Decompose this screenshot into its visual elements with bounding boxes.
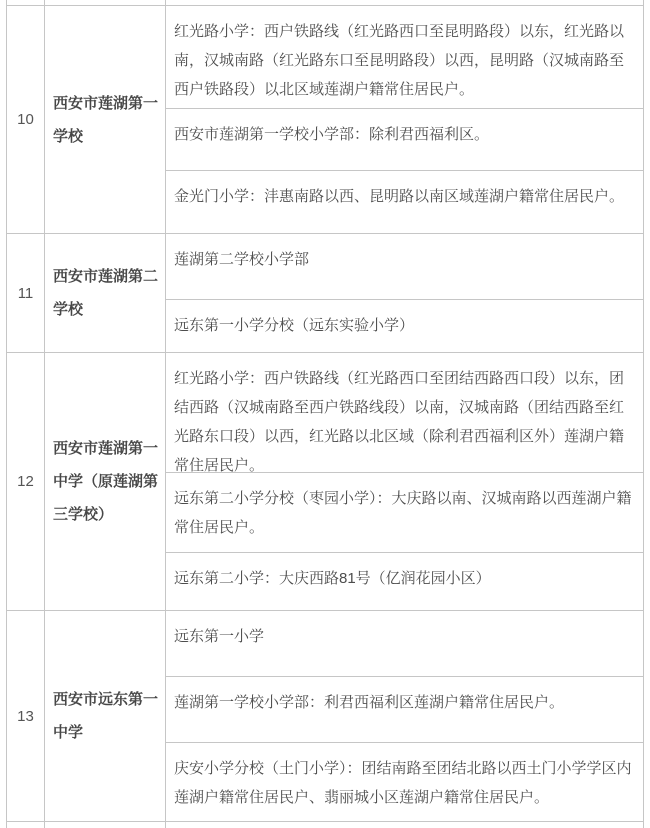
- detail-cell: 红光路小学：西户铁路线（红光路西口至昆明路段）以东，红光路以南，汉城南路（红光路…: [166, 6, 643, 108]
- table-row: 11 西安市莲湖第二学校 莲湖第二学校小学部 远东第一小学分校（远东实验小学）: [7, 233, 643, 352]
- district-table: 10 西安市莲湖第一学校 红光路小学：西户铁路线（红光路西口至昆明路段）以东，红…: [6, 0, 644, 828]
- detail-cell: 红光路小学：西户铁路线（红光路西口至团结西路西口段）以东，团结西路（汉城南路至西…: [166, 353, 643, 472]
- school-name-cell: 西安市莲湖第二学校: [45, 234, 166, 352]
- fragment-detail-cell: [166, 822, 643, 828]
- school-name-cell: 西安市远东第一中学: [45, 611, 166, 821]
- school-name-cell: 西安市莲湖第一中学（原莲湖第三学校）: [45, 353, 166, 610]
- table-row-fragment-top: [7, 0, 643, 5]
- detail-column: 红光路小学：西户铁路线（红光路西口至昆明路段）以东，红光路以南，汉城南路（红光路…: [166, 6, 643, 233]
- fragment-number-cell: [7, 0, 45, 5]
- detail-cell: 远东第一小学分校（远东实验小学）: [166, 299, 643, 352]
- table-row: 12 西安市莲湖第一中学（原莲湖第三学校） 红光路小学：西户铁路线（红光路西口至…: [7, 352, 643, 610]
- detail-column: 远东第一小学 莲湖第一学校小学部：利君西福利区莲湖户籍常住居民户。 庆安小学分校…: [166, 611, 643, 821]
- table-row: 13 西安市远东第一中学 远东第一小学 莲湖第一学校小学部：利君西福利区莲湖户籍…: [7, 610, 643, 821]
- detail-cell: 莲湖第一学校小学部：利君西福利区莲湖户籍常住居民户。: [166, 676, 643, 742]
- detail-cell: 远东第二小学分校（枣园小学）：大庆路以南、汉城南路以西莲湖户籍常住居民户。: [166, 472, 643, 552]
- detail-column: 莲湖第二学校小学部 远东第一小学分校（远东实验小学）: [166, 234, 643, 352]
- detail-cell: 庆安小学分校（土门小学）：团结南路至团结北路以西土门小学学区内莲湖户籍常住居民户…: [166, 742, 643, 821]
- detail-cell: 远东第二小学：大庆西路81号（亿润花园小区）: [166, 552, 643, 610]
- table-row: 10 西安市莲湖第一学校 红光路小学：西户铁路线（红光路西口至昆明路段）以东，红…: [7, 5, 643, 233]
- row-number: 10: [7, 6, 45, 233]
- fragment-school-cell: [45, 0, 166, 5]
- detail-cell: 金光门小学：沣惠南路以西、昆明路以南区域莲湖户籍常住居民户。: [166, 170, 643, 233]
- detail-cell: 西安市莲湖第一学校小学部：除利君西福利区。: [166, 108, 643, 170]
- detail-column: 红光路小学：西户铁路线（红光路西口至团结西路西口段）以东，团结西路（汉城南路至西…: [166, 353, 643, 610]
- fragment-school-cell: [45, 822, 166, 828]
- row-number: 12: [7, 353, 45, 610]
- detail-cell: 远东第一小学: [166, 611, 643, 676]
- table-row-fragment-bottom: [7, 821, 643, 828]
- row-number: 11: [7, 234, 45, 352]
- fragment-number-cell: [7, 822, 45, 828]
- fragment-detail-cell: [166, 0, 643, 5]
- detail-cell: 莲湖第二学校小学部: [166, 234, 643, 299]
- page: 10 西安市莲湖第一学校 红光路小学：西户铁路线（红光路西口至昆明路段）以东，红…: [0, 0, 650, 828]
- row-number: 13: [7, 611, 45, 821]
- school-name-cell: 西安市莲湖第一学校: [45, 6, 166, 233]
